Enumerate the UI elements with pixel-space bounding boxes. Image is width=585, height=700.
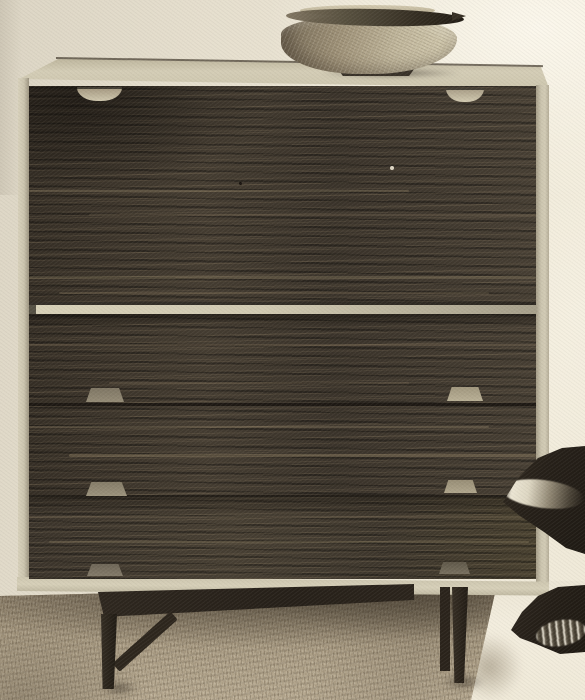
cabinet-frame-left: [18, 78, 29, 591]
base-right-rear-leg: [440, 587, 450, 671]
wood-grain-streak: [29, 276, 536, 279]
wood-grain-streak: [89, 214, 536, 216]
wood-grain-streak: [29, 344, 536, 346]
left-leg-shadow: [100, 681, 138, 695]
wood-grain-streak: [29, 516, 536, 518]
leaf-highlight: [534, 616, 585, 650]
wood-grain-streak: [69, 454, 536, 457]
drawer-pull-row3-left: [86, 482, 127, 496]
right-leg-shadow: [442, 674, 484, 690]
upper-section-front: [29, 86, 536, 302]
drawer-pull-row3-right: [444, 480, 477, 493]
wood-grain-streak: [59, 292, 489, 294]
wood-grain-streak: [29, 426, 489, 428]
drawer-pull-row4-right: [439, 562, 470, 574]
print-speck: [239, 182, 242, 185]
photo-canvas: [0, 0, 585, 700]
wood-grain-streak: [49, 541, 529, 543]
divider-band: [29, 302, 536, 314]
print-speck: [390, 166, 394, 170]
drawer-pull-row2-left: [86, 388, 124, 402]
drawer-pull-row4-left: [87, 564, 123, 576]
drawer-pull-row2-right: [447, 387, 483, 401]
wood-grain-streak: [109, 382, 409, 384]
cabinet-front: [29, 86, 536, 579]
wood-grain-streak: [29, 190, 409, 192]
